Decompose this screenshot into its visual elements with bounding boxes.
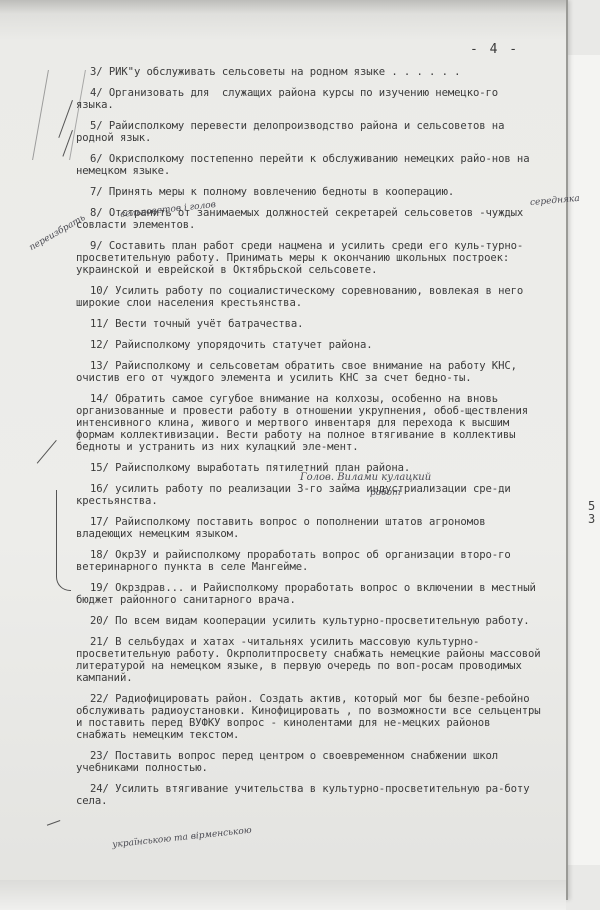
item-number: 21/ <box>90 636 109 648</box>
resolution-item: 4/ Организовать для служащих района курс… <box>76 87 542 111</box>
handwritten-note: робот <box>370 488 401 498</box>
resolution-item: 17/ Райисполкому поставить вопрос о попо… <box>76 516 542 540</box>
item-text: По всем видам кооперации усилить культур… <box>115 615 529 627</box>
page-number: - 4 - <box>470 42 519 57</box>
item-text: Организовать для служащих района курсы п… <box>76 87 504 111</box>
resolution-items-list: 3/ РИК"у обслуживать сельсоветы на родно… <box>76 66 542 816</box>
resolution-item: 16/ усилить работу по реализации 3-го за… <box>76 483 542 507</box>
item-text: Поставить вопрос перед центром о своевре… <box>76 750 504 774</box>
resolution-item: 24/ Усилить втягивание учительства в кул… <box>76 783 542 807</box>
item-text: Райисполкому перевести делопроизводство … <box>76 120 511 144</box>
checkmark-icon <box>47 820 60 826</box>
resolution-item: 10/ Усилить работу по социалистическому … <box>76 285 542 309</box>
item-number: 17/ <box>90 516 109 528</box>
resolution-item: 9/ Составить план работ среди нацмена и … <box>76 240 542 276</box>
item-text: усилить работу по реализации 3-го займа … <box>76 483 517 507</box>
item-number: 10/ <box>90 285 109 297</box>
resolution-item: 12/ Райисполкому упорядочить статучет ра… <box>76 339 542 351</box>
item-number: 20/ <box>90 615 109 627</box>
resolution-item: 22/ Радиофицировать район. Создать актив… <box>76 693 542 741</box>
item-text: Окрисполкому постепенно перейти к обслуж… <box>76 153 536 177</box>
resolution-item: 6/ Окрисполкому постепенно перейти к обс… <box>76 153 542 177</box>
resolution-item: 20/ По всем видам кооперации усилить кул… <box>76 615 542 627</box>
item-number: 15/ <box>90 462 109 474</box>
resolution-item: 11/ Вести точный учёт батрачества. <box>76 318 542 330</box>
item-number: 6/ <box>90 153 103 165</box>
item-text: Усилить работу по социалистическому соре… <box>76 285 529 309</box>
item-number: 9/ <box>90 240 103 252</box>
resolution-item: 3/ РИК"у обслуживать сельсоветы на родно… <box>76 66 542 78</box>
item-number: 16/ <box>90 483 109 495</box>
item-number: 19/ <box>90 582 109 594</box>
item-text: Райисполкому упорядочить статучет района… <box>115 339 372 351</box>
item-text: Радиофицировать район. Создать актив, ко… <box>76 693 547 741</box>
resolution-item: 18/ ОкрЗУ и райисполкому проработать воп… <box>76 549 542 573</box>
document-page: - 4 - 3/ РИК"у обслуживать сельсоветы на… <box>0 0 568 900</box>
item-text: ОкрЗУ и райисполкому проработать вопрос … <box>76 549 517 573</box>
resolution-item: 21/ В сельбудах и хатах -читальнях усили… <box>76 636 542 684</box>
item-text: Принять меры к полному вовлечению беднот… <box>109 186 454 198</box>
resolution-item: 13/ Райисполкому и сельсоветам обратить … <box>76 360 542 384</box>
checkmark-icon <box>37 440 57 464</box>
item-text: Райисполкому поставить вопрос о пополнен… <box>76 516 492 540</box>
item-number: 18/ <box>90 549 109 561</box>
item-number: 3/ <box>90 66 103 78</box>
resolution-item: 23/ Поставить вопрос перед центром о сво… <box>76 750 542 774</box>
item-number: 14/ <box>90 393 109 405</box>
page-bottom-edge <box>0 880 566 910</box>
handwritten-note: Голов. Вилами кулацкий <box>300 472 431 483</box>
item-number: 4/ <box>90 87 103 99</box>
margin-bracket-icon <box>56 490 71 591</box>
item-number: 11/ <box>90 318 109 330</box>
resolution-item: 19/ Окрздрав... и Райисполкому проработа… <box>76 582 542 606</box>
resolution-item: 14/ Обратить самое сугубое внимание на к… <box>76 393 542 453</box>
item-text: РИК"у обслуживать сельсоветы на родном я… <box>109 66 461 78</box>
item-text: Обратить самое сугубое внимание на колхо… <box>76 393 534 453</box>
item-text: Усилить втягивание учительства в культур… <box>76 783 536 807</box>
resolution-item: 5/ Райисполкому перевести делопроизводст… <box>76 120 542 144</box>
item-number: 13/ <box>90 360 109 372</box>
page-top-edge <box>0 0 566 14</box>
item-text: Окрздрав... и Райисполкому проработать в… <box>76 582 542 606</box>
item-text: Райисполкому и сельсоветам обратить свое… <box>76 360 523 384</box>
side-margin-number: 5 3 <box>588 500 600 526</box>
item-text: Вести точный учёт батрачества. <box>115 318 303 330</box>
resolution-item: 7/ Принять меры к полному вовлечению бед… <box>76 186 542 198</box>
item-text: Составить план работ среди нацмена и уси… <box>76 240 523 276</box>
item-number: 22/ <box>90 693 109 705</box>
item-number: 12/ <box>90 339 109 351</box>
item-number: 5/ <box>90 120 103 132</box>
item-number: 23/ <box>90 750 109 762</box>
item-text: В сельбудах и хатах -читальнях усилить м… <box>76 636 547 684</box>
item-number: 7/ <box>90 186 103 198</box>
handwritten-note: українською та вірменською <box>112 826 252 851</box>
item-number: 24/ <box>90 783 109 795</box>
back-sheet <box>565 55 600 865</box>
item-number: 8/ <box>90 207 103 219</box>
